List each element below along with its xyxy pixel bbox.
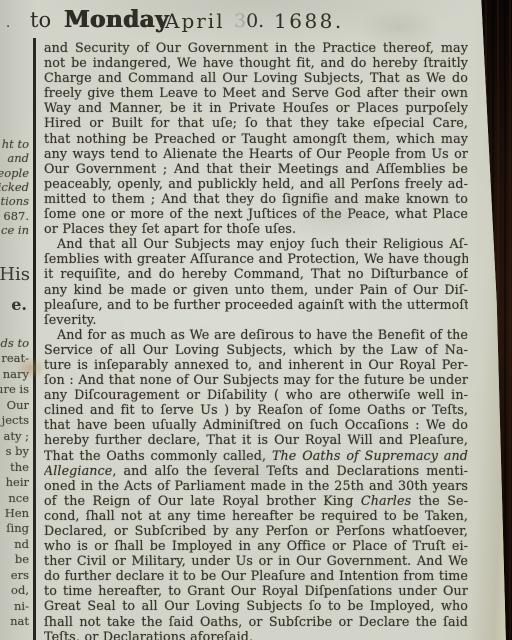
text-line: ſon : And that none of Our Subjects may … [44, 372, 468, 387]
text-segment: oned in the Acts of Parliament made in t… [44, 478, 468, 493]
margin-fragment-text: ds to [1, 336, 29, 350]
margin-fragment-text: 687. [3, 209, 29, 223]
text-line: Teſts, or Declarations aforeſaid, [44, 629, 468, 640]
text-segment: to time hereafter, to Grant Our Royal Di… [44, 583, 468, 598]
text-line: Declared, or Subſcribed by any Perſon or… [44, 523, 468, 538]
text-segment: And that all Our Subjects may enjoy ſuch… [57, 236, 468, 251]
text-segment: cond, ſhall not at any time hereafter be… [44, 508, 468, 523]
text-line: mitted to them ; And that they do ſignif… [44, 191, 468, 206]
text-line: that nothing be Preached or Taught among… [44, 131, 468, 146]
text-line: ſhall not take the ſaid Oaths, or Subſcr… [44, 614, 468, 629]
text-segment: mitted to them ; And that they do ſignif… [44, 191, 468, 206]
margin-fragment-text: ni- [14, 599, 29, 613]
text-line: Way and Manner, be it in Private Houſes … [44, 100, 468, 115]
text-segment: ſemblies with greater Aſſurance and Prot… [44, 251, 468, 266]
margin-fragment: ſing [6, 521, 29, 535]
margin-fragment: be [15, 552, 29, 566]
text-segment: Declared, or Subſcribed by any Perſon or… [44, 523, 468, 538]
margin-fragment: the [10, 460, 29, 474]
text-line: who is or ſhall be Imployed in any Offic… [44, 538, 468, 553]
margin-fragment: Hen [5, 506, 29, 520]
text-line: not be indangered, We have thought fit, … [44, 55, 468, 70]
text-segment: who is or ſhall be Imployed in any Offic… [44, 538, 468, 553]
text-line: ſome one or more of the next Juſtices of… [44, 206, 468, 221]
text-segment: And for as much as We are deſirous to ha… [57, 327, 468, 342]
date-word-to: to [30, 8, 51, 32]
margin-fragment: ce in [1, 223, 29, 237]
text-segment: Hired or Built for that uſe; ſo that the… [44, 115, 468, 130]
margin-fragment-text: nary [3, 367, 29, 381]
main-text-column: and Security of Our Government in the Pr… [44, 40, 468, 640]
margin-fragment: ht to [2, 137, 29, 151]
text-line: That the Oaths commonly called, The Oath… [44, 448, 468, 463]
text-line: to time hereafter, to Grant Our Royal Di… [44, 583, 468, 598]
text-segment: ture is inſeparably annexed to, and inhe… [44, 357, 468, 372]
text-segment: that nothing be Preached or Taught among… [44, 131, 468, 146]
text-segment: Our Government ; And that their Meetings… [44, 161, 468, 176]
margin-fragment: People [0, 166, 29, 180]
margin-fragment: reat- [1, 351, 29, 365]
text-segment: hereby further declare, That it is Our R… [44, 432, 468, 447]
newspaper-page: . to Monday April 30. 1688. His e. ht to… [0, 0, 512, 640]
text-segment: any ways tend to Alienate the Hearts of … [44, 146, 468, 161]
text-segment: Way and Manner, be it in Private Houſes … [44, 100, 468, 115]
margin-fragment-text: People [0, 166, 29, 180]
text-line: do further declare it to be Our Pleaſure… [44, 568, 468, 583]
margin-fragment: jects [2, 413, 29, 427]
margin-fragment: nary [3, 367, 29, 381]
text-segment: that have been uſually Adminiſtred on ſu… [44, 417, 468, 432]
margin-fragment: ure is [0, 382, 29, 396]
margin-fragment: 687. [3, 209, 29, 223]
text-line: ſeverity. [44, 312, 468, 327]
text-line: any kind be made or given unto them, und… [44, 282, 468, 297]
margin-fragment: and [7, 151, 29, 165]
margin-fragment: aty ; [3, 429, 29, 443]
margin-fragment: icked [0, 180, 29, 194]
date-day-name: Monday [64, 6, 169, 33]
margin-fragment: heir [6, 475, 29, 489]
margin-fragment-text: and [7, 151, 29, 165]
text-segment: any Diſcouragement or Diſability ( who a… [44, 387, 468, 402]
text-line: Allegiance, and alſo the ſeveral Teſts a… [44, 463, 468, 478]
text-line: peaceably, openly, and publickly held, a… [44, 176, 468, 191]
text-segment: freely give them Leave to Meet and Serve… [44, 85, 468, 100]
margin-fragment: ers [11, 568, 29, 582]
margin-fragment-text: ht to [2, 137, 29, 151]
text-segment: ſome one or more of the next Juſtices of… [44, 206, 468, 221]
text-line: any Diſcouragement or Diſability ( who a… [44, 387, 468, 402]
text-segment-italic: Allegiance [44, 463, 112, 478]
margin-fragment-text: icked [0, 180, 29, 194]
text-line: And that all Our Subjects may enjoy ſuch… [44, 236, 468, 251]
date-month: April [165, 9, 225, 33]
text-line: clined and fit to ſerve Us ) by Reaſon o… [44, 402, 468, 417]
text-line: Great Seal to all Our Loving Subjects ſo… [44, 598, 468, 613]
margin-fragment: s by [6, 444, 29, 458]
margin-fragment-text: ſing [6, 521, 29, 535]
column-rule [33, 38, 36, 640]
text-segment: and Security of Our Government in the Pr… [44, 40, 468, 55]
margin-fragment-text: od, [11, 583, 29, 597]
text-segment-italic: The Oaths of Supremacy and [272, 448, 468, 463]
margin-fragment-text: ce in [1, 223, 29, 237]
header-date-line: . to Monday April 30. 1688. [0, 4, 480, 38]
margin-fragment-text: heir [6, 475, 29, 489]
text-line: that have been uſually Adminiſtred on ſu… [44, 417, 468, 432]
text-line: oned in the Acts of Parliament made in t… [44, 478, 468, 493]
text-segment: of the Reign of Our late Royal brother K… [44, 493, 361, 508]
margin-fragment: Our [7, 398, 29, 412]
margin-fragment-text: ure is [0, 382, 29, 396]
left-column-heading-fragment: His [0, 264, 30, 285]
text-segment: Great Seal to all Our Loving Subjects ſo… [44, 598, 468, 613]
margin-fragment-text: aty ; [3, 429, 29, 443]
text-line: ther Civil or Military, under Us or in O… [44, 553, 468, 568]
text-segment: , and alſo the ſeveral Teſts and Declara… [112, 463, 468, 478]
text-segment: ther Civil or Military, under Us or in O… [44, 553, 468, 568]
margin-fragment: nd [14, 537, 29, 551]
margin-fragment: od, [11, 583, 29, 597]
date-day-number-faint: 3 [234, 10, 246, 32]
text-segment: That the Oaths commonly called, [44, 448, 272, 463]
margin-fragment-text: Our [7, 398, 29, 412]
margin-fragment: nce [8, 491, 29, 505]
text-segment: clined and fit to ſerve Us ) by Reaſon o… [44, 402, 468, 417]
text-line: Service of all Our Loving Subjects, whic… [44, 342, 468, 357]
text-segment: not be indangered, We have thought fit, … [44, 55, 468, 70]
text-segment: do further declare it to be Our Pleaſure… [44, 568, 468, 583]
margin-fragment-text: Hen [5, 506, 29, 520]
date-day-number-rest: 0. [246, 10, 264, 32]
margin-fragment: ds to [1, 336, 29, 350]
text-segment: pleaſure, and to be further proceeded ag… [44, 297, 468, 312]
margin-fragment-text: reat- [1, 351, 29, 365]
text-line: Hired or Built for that uſe; ſo that the… [44, 115, 468, 130]
margin-fragment: nat [10, 614, 29, 628]
margin-fragment: tions [0, 194, 29, 208]
margin-fragment-text: nat [10, 614, 29, 628]
margin-fragment-text: nd [14, 537, 29, 551]
text-segment: ſeverity. [44, 312, 97, 327]
text-line: cond, ſhall not at any time hereafter be… [44, 508, 468, 523]
margin-fragment-text: nce [8, 491, 29, 505]
text-segment: the Se- [411, 493, 468, 508]
text-line: freely give them Leave to Meet and Serve… [44, 85, 468, 100]
text-line: pleaſure, and to be further proceeded ag… [44, 297, 468, 312]
text-line: of the Reign of Our late Royal brother K… [44, 493, 468, 508]
date-year: 1688. [274, 9, 344, 33]
text-segment: any kind be made or given unto them, und… [44, 282, 468, 297]
date-day-number: 30. [234, 10, 264, 32]
margin-fragment-text: tions [0, 194, 29, 208]
text-line: Our Government ; And that their Meetings… [44, 161, 468, 176]
margin-fragment-text: the [10, 460, 29, 474]
text-segment-italic: Charles [361, 493, 411, 508]
left-column-heading-fragment: e. [11, 295, 27, 314]
left-column-cutoff-strip: His e. ht toandPeopleickedtions687.ce in… [0, 0, 31, 640]
text-line: and Security of Our Government in the Pr… [44, 40, 468, 55]
text-line: And for as much as We are deſirous to ha… [44, 327, 468, 342]
text-segment: peaceably, openly, and publickly held, a… [44, 176, 468, 191]
text-line: Charge and Command all Our Loving Subjec… [44, 70, 468, 85]
text-line: or Places they ſet apart for thoſe uſes. [44, 221, 468, 236]
margin-fragment-text: jects [2, 413, 29, 427]
text-segment: ſhall not take the ſaid Oaths, or Subſcr… [44, 614, 468, 629]
text-segment: ſon : And that none of Our Subjects may … [44, 372, 468, 387]
text-segment: Teſts, or Declarations aforeſaid, [44, 629, 253, 640]
margin-fragment-text: s by [6, 444, 29, 458]
text-segment: Service of all Our Loving Subjects, whic… [44, 342, 468, 357]
text-segment: it requiſite, and do hereby Command, Tha… [44, 266, 468, 281]
text-segment: or Places they ſet apart for thoſe uſes. [44, 221, 296, 236]
margin-fragment-text: be [15, 552, 29, 566]
text-line: it requiſite, and do hereby Command, Tha… [44, 266, 468, 281]
margin-fragment-text: ers [11, 568, 29, 582]
text-line: hereby further declare, That it is Our R… [44, 432, 468, 447]
text-segment: Charge and Command all Our Loving Subjec… [44, 70, 468, 85]
margin-fragment: ni- [14, 599, 29, 613]
text-line: any ways tend to Alienate the Hearts of … [44, 146, 468, 161]
text-line: ture is inſeparably annexed to, and inhe… [44, 357, 468, 372]
text-line: ſemblies with greater Aſſurance and Prot… [44, 251, 468, 266]
